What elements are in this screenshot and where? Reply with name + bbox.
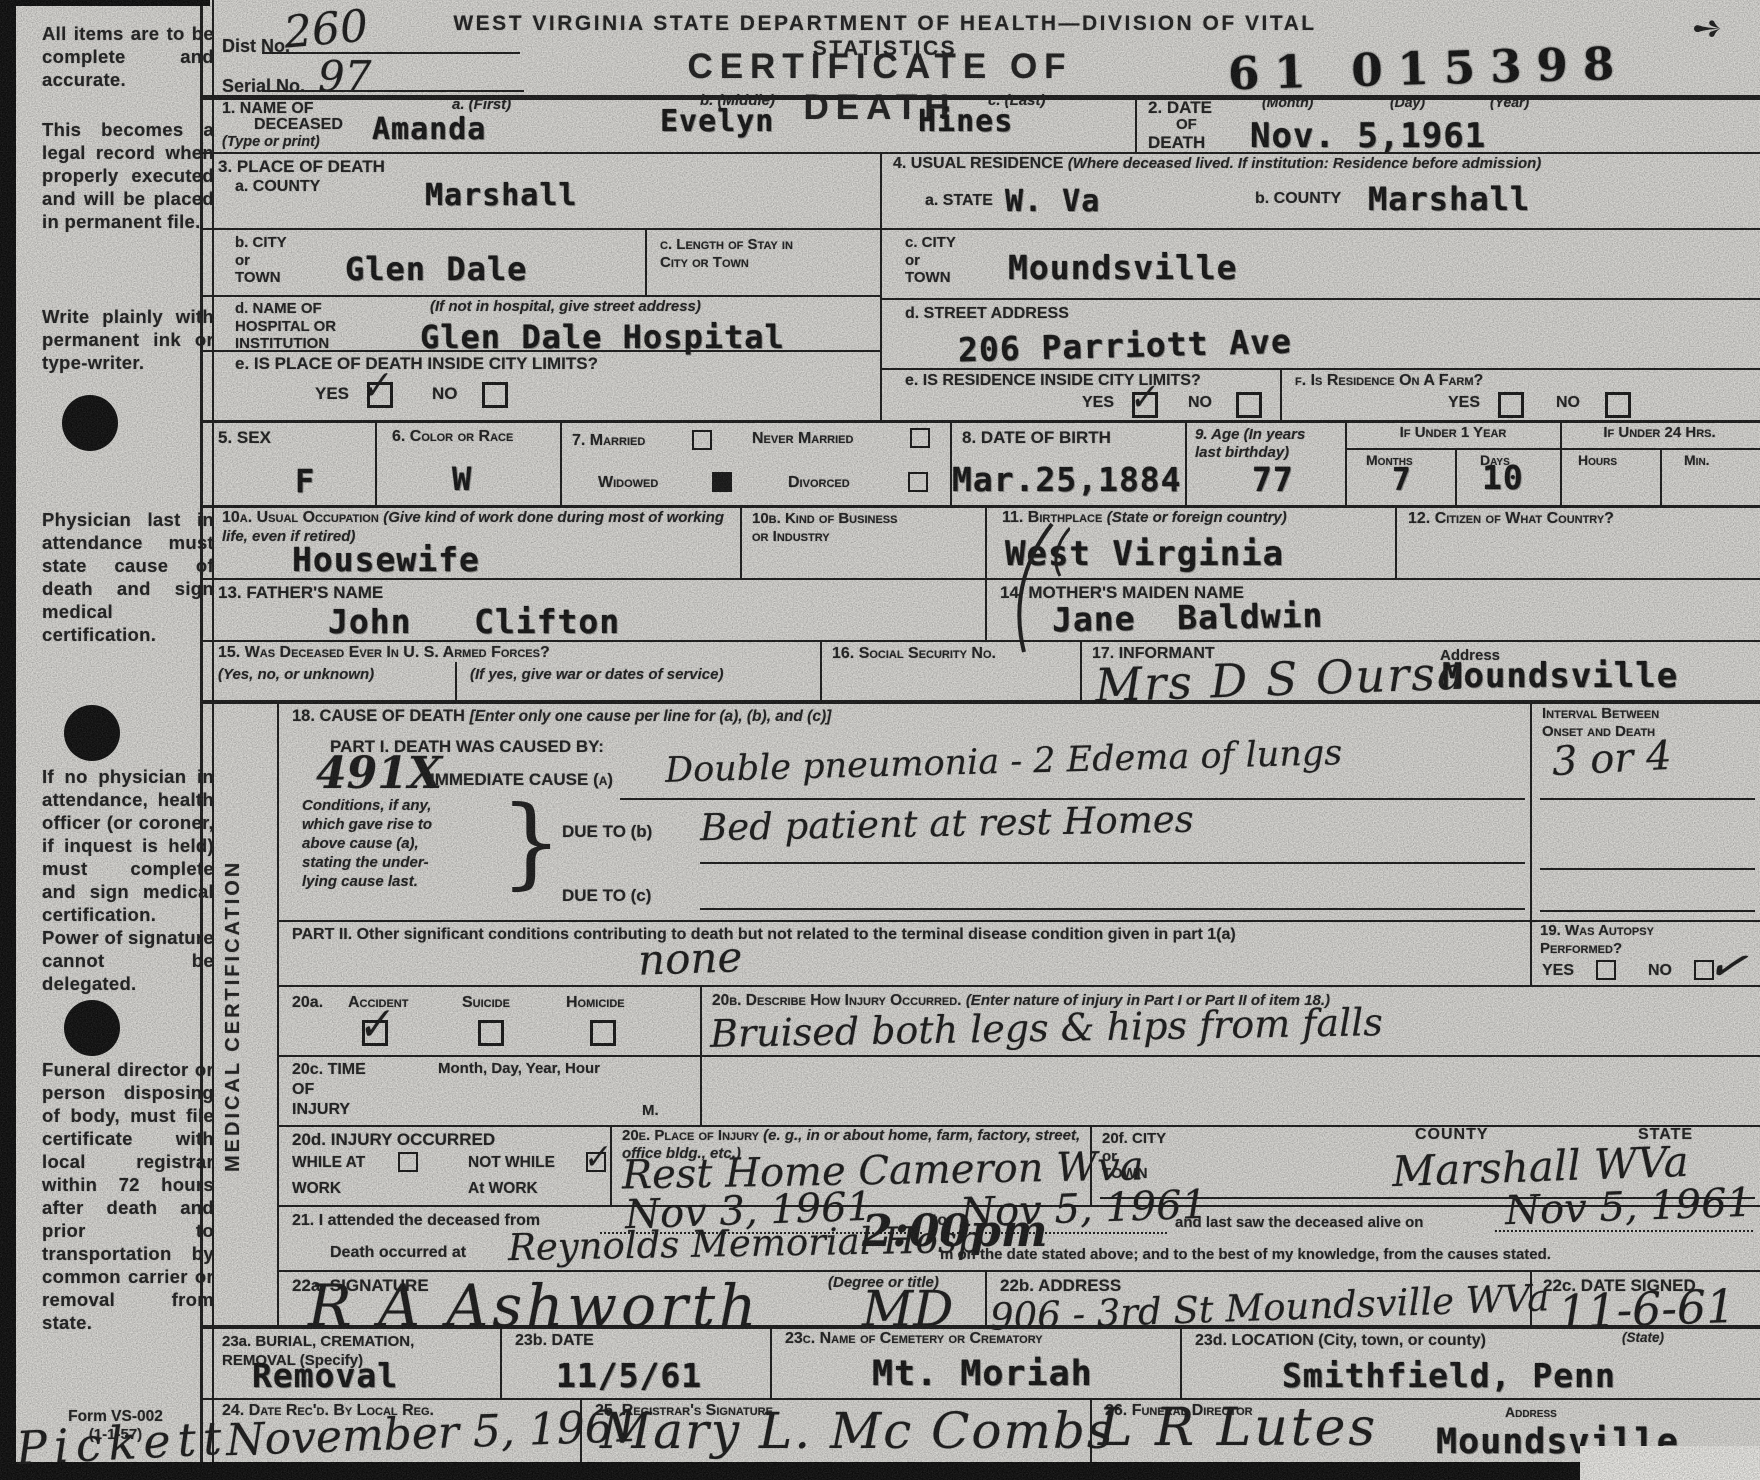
rule-h-res-city [882,298,1760,300]
rule-h-row20 [279,985,1760,987]
res-street-label: d. STREET ADDRESS [905,305,1069,324]
rule-v-age [1345,420,1347,505]
margin-note-legal-record: This becomes a legal record when properl… [42,118,214,233]
margin-note-funeral-director: Funeral director or person disposing of … [42,1058,214,1334]
res-farm-label: f. Is Residence On A Farm? [1295,372,1483,391]
dob-label: 8. DATE OF BIRTH [962,428,1111,448]
dist-no-label: Dist No. [222,36,290,57]
death-occurred-label: Death occurred at [330,1244,466,1263]
forces-label: 15. Was Deceased Ever In U. S. Armed For… [218,644,550,663]
margin-note-physician: Physician last in attendance must state … [42,508,214,646]
hours-label: Hours [1578,452,1617,469]
forces-hint1: (Yes, no, or unknown) [218,666,374,684]
res-farm-yes-checkbox [1498,392,1524,418]
cause-label-main: 18. CAUSE OF DEATH [292,707,465,725]
time-of-injury-hint: Month, Day, Year, Hour [438,1060,600,1078]
rule-h-row10 [203,578,1760,580]
injury-city-label: 20f. CITY or TOWN [1102,1130,1166,1183]
sex-value: F [295,462,315,500]
autopsy-yes-checkbox [1596,960,1616,980]
rule-v-birthplace [1395,505,1397,578]
physician-signature: R A Ashworth [308,1272,760,1340]
rule-h-row1 [203,152,1760,154]
at-work-label: At WORK [468,1180,538,1198]
res-farm-no-checkbox [1605,392,1631,418]
name-label-2: DECEASED [254,116,343,135]
scan-edge-bottom [0,1462,1580,1480]
not-while-label: NOT WHILE [468,1154,555,1172]
funeral-director-value: L R Lutes [1098,1398,1378,1458]
location-label: 23d. LOCATION (City, town, or county) [1195,1332,1486,1351]
while-at-work-checkbox [398,1152,418,1172]
middle-name-value: Evelyn [660,104,774,139]
rule-v-margin-outer [200,0,203,1462]
attended-label-3: m on the date stated above; and to the b… [940,1246,1551,1264]
margin-note-write-plainly: Write plainly with permanent ink or type… [42,305,214,374]
death-date-value: Nov. 5,1961 [1250,116,1486,156]
first-name-value: Amanda [372,112,486,147]
res-street-value: 206 Parriott Ave [958,322,1293,370]
burial-value: Removal [252,1356,398,1395]
father-label: 13. FATHER'S NAME [218,583,383,603]
rule-h-row5 [203,505,1760,508]
res-farm-no-label: NO [1556,394,1580,413]
never-married-label: Never Married [752,430,853,449]
widowed-label: Widowed [598,474,658,493]
registrar-signature-value: Mary L. Mc Combs [600,1402,1115,1460]
rule-h-interval2 [1540,868,1755,870]
sex-label: 5. SEX [218,428,271,448]
pod-hospital-label: d. NAME OF HOSPITAL OR INSTITUTION [235,300,336,353]
never-married-checkbox [910,428,930,448]
cause-a-value: Double pneumonia - 2 Edema of lungs [665,733,1343,791]
forces-hint2: (If yes, give war or dates of service) [470,666,723,684]
months-value: 7 [1392,462,1412,498]
rule-v-father-mother [985,578,987,640]
death-month-label: (Month) [1262,94,1313,111]
homicide-label: Homicide [566,994,625,1013]
burial-date-value: 11/5/61 [556,1356,702,1395]
injury-county-head: COUNTY [1415,1126,1489,1145]
father-value: John Clifton [328,602,620,641]
res-city-value: Moundsville [1008,248,1238,287]
not-while-checkmark: ✓ [579,1136,611,1177]
under24-label: If Under 24 Hrs. [1562,424,1757,442]
death-date-label-3: DEATH [1148,133,1205,153]
rule-h-pod-hospital [203,350,880,352]
conditions-note: Conditions, if any, which gave rise to a… [302,796,432,891]
business-label: 10b. Kind of Business or Industry [752,510,897,545]
hole-punch-top [62,395,118,451]
pod-limits-no-label: NO [432,384,458,404]
rule-h-pod-city [203,295,880,297]
res-limits-no-label: NO [1188,394,1212,413]
pod-stay-label: c. Length of Stay in City or Town [660,236,793,271]
location-value: Smithfield, Penn [1282,1356,1616,1395]
attended-label-1: 21. I attended the deceased from [292,1212,540,1231]
res-farm-yes-label: YES [1448,394,1480,413]
married-checkbox [692,430,712,450]
pod-limits-label: e. IS PLACE OF DEATH INSIDE CITY LIMITS? [235,354,598,374]
cause-code-value: 491X [316,748,442,799]
last-name-value: Hines [918,104,1013,139]
death-date-label-2: OF [1176,116,1197,134]
rule-h-row15 [203,700,1760,704]
pod-city-value: Glen Dale [345,250,527,288]
rule-h-serial [262,90,524,92]
rule-h-row13 [203,640,1760,642]
rule-h-interval [1540,798,1755,800]
rule-v-med-gutter [277,700,279,1325]
pod-limits-yes-label: YES [315,384,349,404]
pod-title: 3. PLACE OF DEATH [218,157,385,177]
res-state-label: a. STATE [925,192,993,211]
res-state-value: W. Va [1005,184,1100,219]
death-year-label: (Year) [1490,94,1529,111]
funeral-director-address-label: Address [1505,1404,1557,1421]
rule-h-cause-c [700,908,1525,910]
rule-dot-alive [1495,1230,1753,1232]
rule-h-interval3 [1540,910,1755,912]
conditions-brace: } [500,786,562,900]
hole-punch-bottom [64,1000,120,1056]
work-label: WORK [292,1180,341,1198]
medical-certification-side-label: MEDICAL CERTIFICATION [222,712,270,1320]
rule-h-pod-county [203,228,880,230]
interval-value: 3 or 4 [1551,733,1673,785]
married-label: 7. Married [572,432,645,451]
rule-h-23 [203,1398,1760,1400]
due-to-b-label: DUE TO (b) [562,822,652,842]
rule-h-row4 [203,420,1760,423]
rule-v-pod-res [880,152,882,420]
dob-value: Mar.25,1884 [952,460,1182,499]
ssn-label: 16. Social Security No. [832,645,996,664]
rule-h-under1 [1345,448,1560,450]
res-title-main: 4. USUAL RESIDENCE [893,155,1063,172]
hole-punch-middle [64,705,120,761]
rule-v-hours-min [1660,448,1662,505]
res-city-label: c. CITY or TOWN [905,234,956,287]
widowed-checkbox [712,472,732,492]
rule-h-res-street [882,368,1760,370]
rule-v-sex [375,420,377,505]
dist-no-value: 260 [282,0,370,58]
rule-h-part2 [279,920,1760,922]
rule-h-20b [279,1055,1760,1057]
autopsy-yes-label: YES [1542,962,1574,981]
rule-v-interval [1530,700,1532,985]
accident-num-label: 20a. [292,994,323,1013]
autopsy-label: 19. Was Autopsy Performed? [1540,922,1654,957]
rule-v-forces-ssn [820,640,822,700]
pod-limits-no-checkbox [482,382,508,408]
serial-no-value: 97 [318,52,371,101]
res-limits-label: e. IS RESIDENCE INSIDE CITY LIMITS? [905,372,1201,391]
rule-v-dob [1185,420,1187,505]
res-limits-yes-checkmark: ✓ [1125,376,1159,420]
injury-label-main: 20b. Describe How Injury Occurred. [712,992,962,1009]
res-county-label: b. COUNTY [1255,190,1341,209]
rule-v-ssn-informant [1080,640,1082,700]
scan-edge-top [0,0,210,6]
cemetery-label: 23c. Name of Cemetery or Crematory [785,1330,1043,1349]
divorced-label: Divorced [788,474,850,493]
rule-v-name-date [1135,95,1137,152]
attended-label-2: and last saw the deceased alive on [1175,1214,1423,1232]
rule-v-22a-22b [985,1270,987,1325]
time-m-label: M. [642,1102,659,1120]
part2-value: none [637,932,743,985]
certificate-number-stamp: 61 015398 [1227,37,1629,100]
citizen-label: 12. Citizen of What Country? [1408,510,1753,529]
pod-county-value: Marshall [425,178,578,213]
ornament-mark: ➺ [1692,8,1722,49]
due-to-c-label: DUE TO (c) [562,886,651,906]
occupation-label-main: 10a. Usual Occupation [222,509,379,526]
rule-h-cause-b [700,862,1525,864]
cause-b-value: Bed patient at rest Homes [700,798,1194,850]
rule-v-months-days [1455,448,1457,505]
scan-corner-white [1580,1446,1760,1480]
under1-label: If Under 1 Year [1348,424,1558,442]
rule-v-23c-23d [1180,1325,1182,1398]
autopsy-no-label: NO [1648,962,1672,981]
time-of-injury-label: 20c. TIME OF INJURY [292,1060,366,1120]
death-certificate-scan: All items are to be complete and accurat… [0,0,1760,1480]
res-limits-yes-label: YES [1082,394,1114,413]
pen-flourish [1000,518,1070,658]
name-label-3: (Type or print) [222,134,320,151]
place-of-injury-label-main: 20e. Place of Injury [622,1127,759,1144]
res-limits-no-checkbox [1236,392,1262,418]
rule-v-occ [740,505,742,578]
rule-v-farm [1280,368,1282,420]
age-label: 9. Age (In years last birthday) [1195,426,1305,461]
pod-hospital-hint: (If not in hospital, give street address… [430,298,701,316]
cemetery-value: Mt. Moriah [872,1354,1093,1394]
handwritten-pickett: Pickett [15,1410,230,1475]
res-title-hint: (Where deceased lived. If institution: R… [1068,155,1541,172]
location-state-note: (State) [1622,1330,1664,1346]
rule-v-bus [985,505,987,578]
death-day-label: (Day) [1390,94,1425,111]
pod-city-label: b. CITY or TOWN [235,234,287,287]
rule-v-margin-inner [212,0,214,1462]
pod-county-label: a. COUNTY [235,178,320,197]
injury-occurred-label: 20d. INJURY OCCURRED [292,1130,495,1150]
age-value: 77 [1252,460,1294,499]
cause-label-hint: [Enter only one cause per line for (a), … [470,708,832,725]
last-alive-value: Nov 5, 1961 [1504,1180,1753,1235]
birthplace-label-hint: (State or foreign country) [1107,509,1287,526]
rule-v-race [560,420,562,505]
homicide-checkbox [590,1020,616,1046]
race-label: 6. Color or Race [392,428,513,447]
min-label: Min. [1684,452,1710,469]
divorced-checkbox [908,472,928,492]
accident-checkmark: ✓ [353,998,395,1051]
informant-address-value: Moundsville [1442,656,1678,696]
rule-v-stay [645,228,647,295]
suicide-label: Suicide [462,994,510,1013]
while-at-label: WHILE AT [292,1154,365,1172]
rule-v-forces-inner [455,662,457,700]
rule-v-23b-23c [770,1325,772,1398]
suicide-checkbox [478,1020,504,1046]
mother-value: Jane Baldwin [1052,596,1324,640]
days-value: 10 [1482,458,1524,497]
scan-edge-left [0,0,16,1480]
res-title: 4. USUAL RESIDENCE (Where deceased lived… [893,155,1755,174]
res-county-value: Marshall [1368,180,1530,218]
race-value: W [452,460,472,498]
margin-note-health-officer: If no physician in attendance, health of… [42,765,214,995]
part2-label: PART II. Other significant conditions co… [292,926,1527,945]
margin-note-accuracy: All items are to be complete and accurat… [42,22,214,91]
occupation-value: Housewife [292,540,480,579]
rule-h-res-state [882,228,1760,230]
